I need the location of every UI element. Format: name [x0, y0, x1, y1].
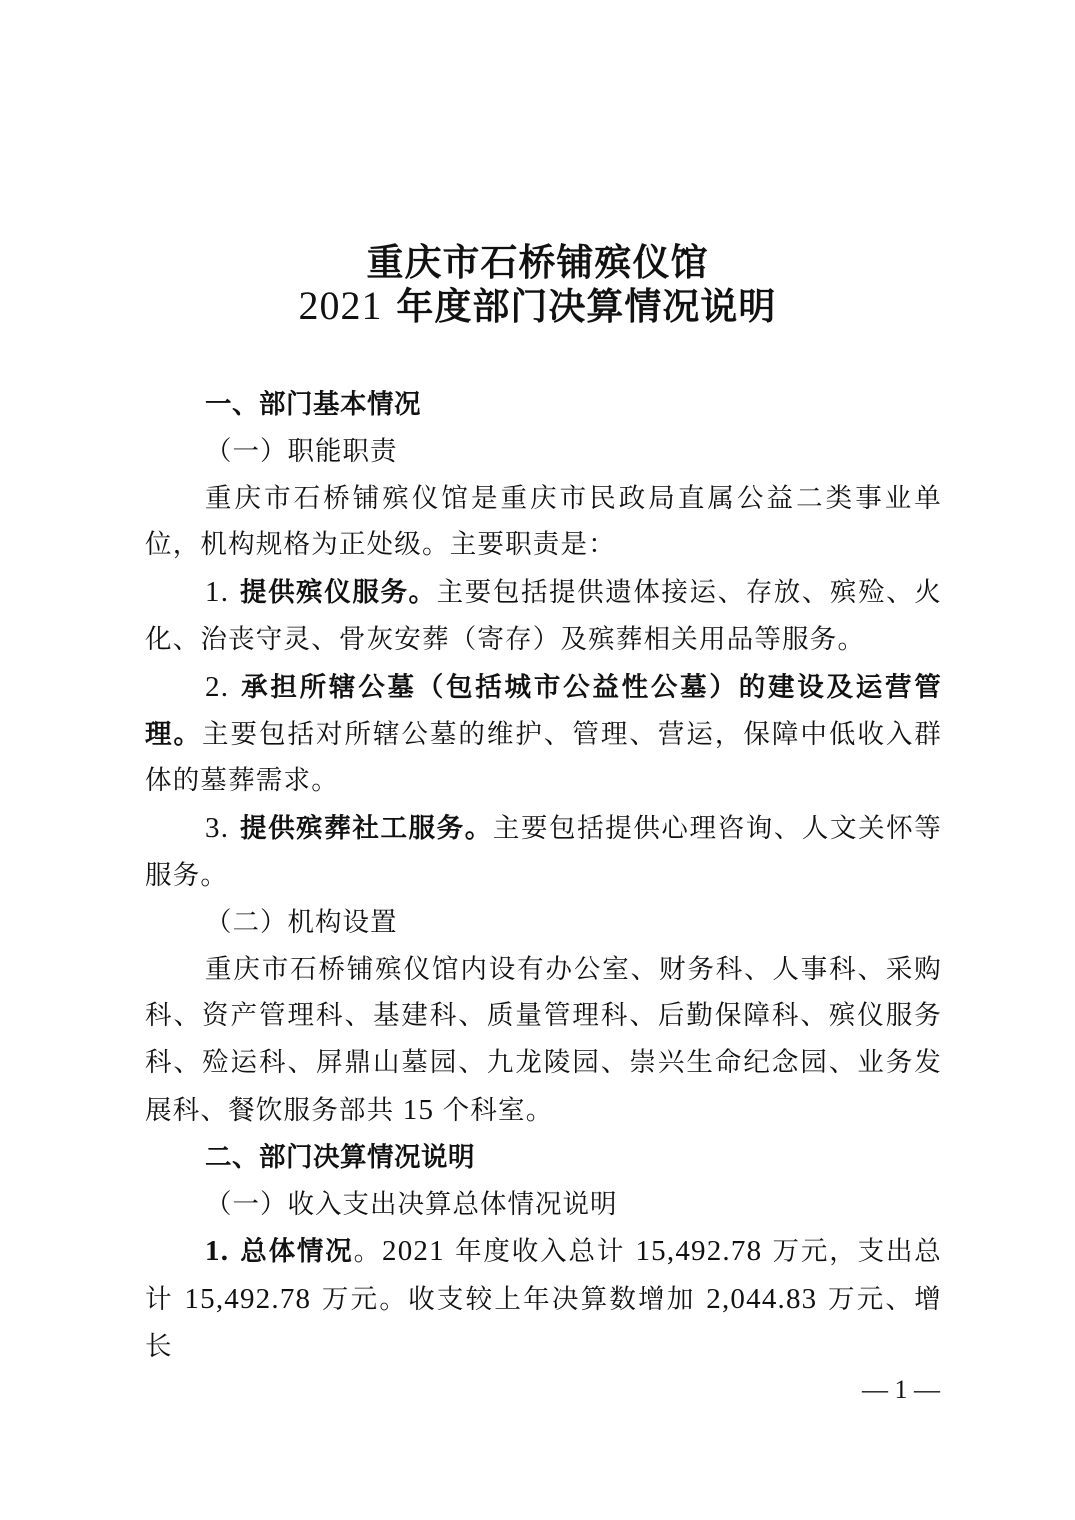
document-title-line2: 2021 年度部门决算情况说明 [0, 284, 1075, 328]
overall-year: 2021 [382, 1235, 445, 1267]
expense-total: 15,492.78 [184, 1283, 311, 1315]
section-1-subheading-2: （二）机构设置 [145, 900, 942, 947]
overall-title: 总体情况 [229, 1236, 353, 1267]
section-1-subheading-1: （一）职能职责 [145, 429, 942, 476]
section-1-heading: 一、部门基本情况 [145, 382, 942, 429]
income-total: 15,492.78 [635, 1235, 762, 1267]
org-structure-text-end: 个科室。 [443, 1095, 554, 1126]
duty-2-text: 主要包括对所辖公墓的维护、管理、营运，保障中低收入群体的墓葬需求。 [145, 719, 942, 797]
duty-3: 3. 提供殡葬社工服务。主要包括提供心理咨询、人文关怀等服务。 [145, 805, 942, 900]
increase-amount: 2,044.83 [706, 1283, 817, 1315]
overall-punct: 。 [354, 1236, 382, 1267]
section-2-heading: 二、部门决算情况说明 [145, 1135, 942, 1182]
page-number: — 1 — [862, 1375, 940, 1405]
document-body: 一、部门基本情况 （一）职能职责 重庆市石桥铺殡仪馆是重庆市民政局直属公益二类事… [145, 382, 942, 1371]
section-2-subheading-1: （一）收入支出决算总体情况说明 [145, 1182, 942, 1229]
overall-number: 1. [205, 1235, 229, 1267]
overall-text-2: 年度收入总计 [445, 1236, 636, 1267]
section-1-paragraph-2: 重庆市石桥铺殡仪馆内设有办公室、财务科、人事科、采购科、资产管理科、基建科、质量… [145, 947, 942, 1135]
department-count: 15 [394, 1094, 442, 1126]
overall-situation: 1. 总体情况。2021 年度收入总计 15,492.78 万元，支出总计 15… [145, 1228, 942, 1370]
section-1-paragraph-1: 重庆市石桥铺殡仪馆是重庆市民政局直属公益二类事业单位，机构规格为正处级。主要职责… [145, 476, 942, 570]
duty-1: 1. 提供殡仪服务。主要包括提供遗体接运、存放、殡殓、火化、治丧守灵、骨灰安葬（… [145, 569, 942, 664]
duty-1-number: 1. [205, 576, 229, 608]
document-title-line1: 重庆市石桥铺殡仪馆 [0, 240, 1075, 284]
duty-2: 2. 承担所辖公墓（包括城市公益性公墓）的建设及运营管理。主要包括对所辖公墓的维… [145, 664, 942, 805]
duty-1-title: 提供殡仪服务。 [229, 577, 437, 608]
duty-3-title: 提供殡葬社工服务。 [229, 813, 493, 844]
title-year: 2021 [299, 283, 383, 328]
duty-3-number: 3. [205, 812, 229, 844]
overall-text-4: 万元。收支较上年决算数增加 [311, 1284, 706, 1315]
duty-2-number: 2. [205, 671, 229, 703]
title-rest: 年度部门决算情况说明 [383, 284, 777, 328]
